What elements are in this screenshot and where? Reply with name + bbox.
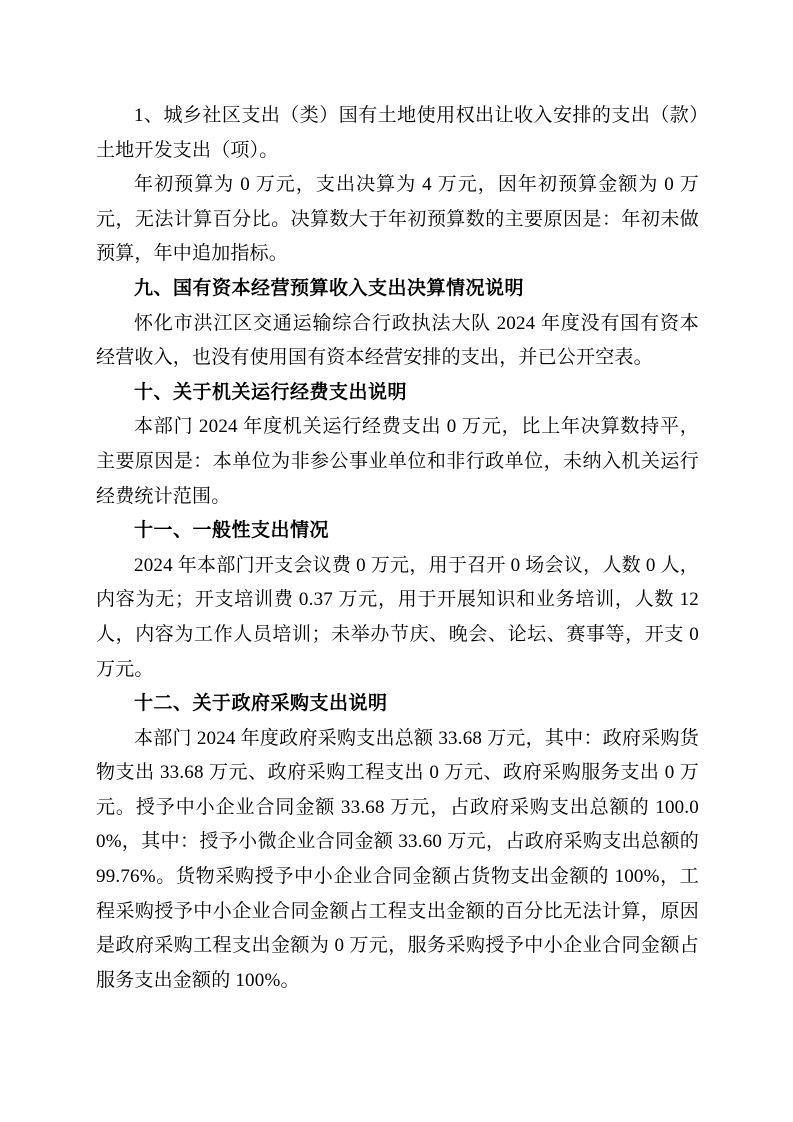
paragraph-state-capital-operations: 怀化市洪江区交通运输综合行政执法大队 2024 年度没有国有资本经营收入，也没有… bbox=[96, 307, 699, 376]
paragraph-government-procurement-details: 本部门 2024 年度政府采购支出总额 33.68 万元，其中：政府采购货物支出… bbox=[96, 722, 699, 999]
document-page: 1、城乡社区支出（类）国有土地使用权出让收入安排的支出（款）土地开发支出（项）。… bbox=[0, 0, 793, 1122]
paragraph-budget-vs-final-comparison: 年初预算为 0 万元，支出决算为 4 万元，因年初预算金额为 0 万元，无法计算… bbox=[96, 168, 699, 272]
paragraph-general-expenditure-details: 2024 年本部门开支会议费 0 万元，用于召开 0 场会议，人数 0 人，内容… bbox=[96, 549, 699, 687]
heading-section-twelve-government-procurement: 十二、关于政府采购支出说明 bbox=[96, 687, 699, 722]
heading-section-ten-agency-operating-funds: 十、关于机关运行经费支出说明 bbox=[96, 376, 699, 411]
paragraph-agency-operating-funds: 本部门 2024 年度机关运行经费支出 0 万元，比上年决算数持平，主要原因是：… bbox=[96, 410, 699, 514]
document-body: 1、城乡社区支出（类）国有土地使用权出让收入安排的支出（款）土地开发支出（项）。… bbox=[96, 99, 699, 998]
heading-section-eleven-general-expenditure: 十一、一般性支出情况 bbox=[96, 514, 699, 549]
paragraph-land-development-expenditure: 1、城乡社区支出（类）国有土地使用权出让收入安排的支出（款）土地开发支出（项）。 bbox=[96, 99, 699, 168]
heading-section-nine-state-capital-budget: 九、国有资本经营预算收入支出决算情况说明 bbox=[96, 272, 699, 307]
